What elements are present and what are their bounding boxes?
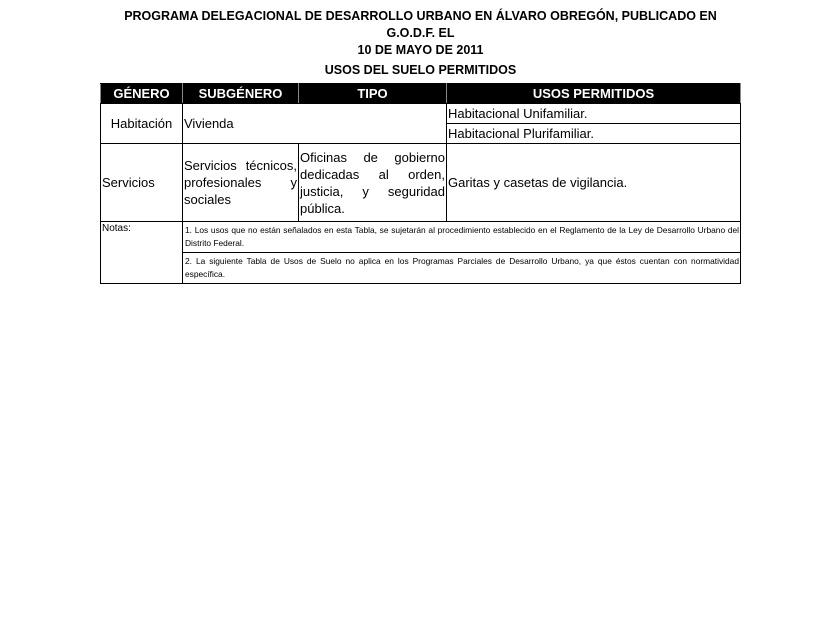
land-use-table: GÉNERO SUBGÉNERO TIPO USOS PERMITIDOS Ha… <box>100 83 741 284</box>
cell-tipo: Oficinas de gobierno dedicadas al orden,… <box>299 144 447 222</box>
table-row: Servicios Servicios técnicos, profesiona… <box>101 144 741 222</box>
document-subtitle: USOS DEL SUELO PERMITIDOS <box>100 62 741 79</box>
table-header-row: GÉNERO SUBGÉNERO TIPO USOS PERMITIDOS <box>101 84 741 104</box>
notes-label: Notas: <box>101 222 183 284</box>
document-title: PROGRAMA DELEGACIONAL DE DESARROLLO URBA… <box>100 8 741 42</box>
notes-row: Notas: 1. Los usos que no están señalado… <box>101 222 741 253</box>
notes-row: 2. La siguiente Tabla de Usos de Suelo n… <box>101 253 741 284</box>
column-header-genero: GÉNERO <box>101 84 183 104</box>
table-row: Habitación Vivienda Habitacional Unifami… <box>101 104 741 124</box>
note-item: 2. La siguiente Tabla de Usos de Suelo n… <box>183 253 741 284</box>
cell-subgenero: Servicios técnicos, profesionales y soci… <box>183 144 299 222</box>
cell-genero: Habitación <box>101 104 183 144</box>
cell-uso-permitido: Habitacional Plurifamiliar. <box>447 124 741 144</box>
column-header-subgenero: SUBGÉNERO <box>183 84 299 104</box>
note-item: 1. Los usos que no están señalados en es… <box>183 222 741 253</box>
column-header-usos-permitidos: USOS PERMITIDOS <box>447 84 741 104</box>
cell-subgenero: Vivienda <box>183 104 447 144</box>
cell-uso-permitido: Habitacional Unifamiliar. <box>447 104 741 124</box>
column-header-tipo: TIPO <box>299 84 447 104</box>
cell-genero: Servicios <box>101 144 183 222</box>
document-title-date: 10 DE MAYO DE 2011 <box>100 42 741 59</box>
cell-uso-permitido: Garitas y casetas de vigilancia. <box>447 144 741 222</box>
